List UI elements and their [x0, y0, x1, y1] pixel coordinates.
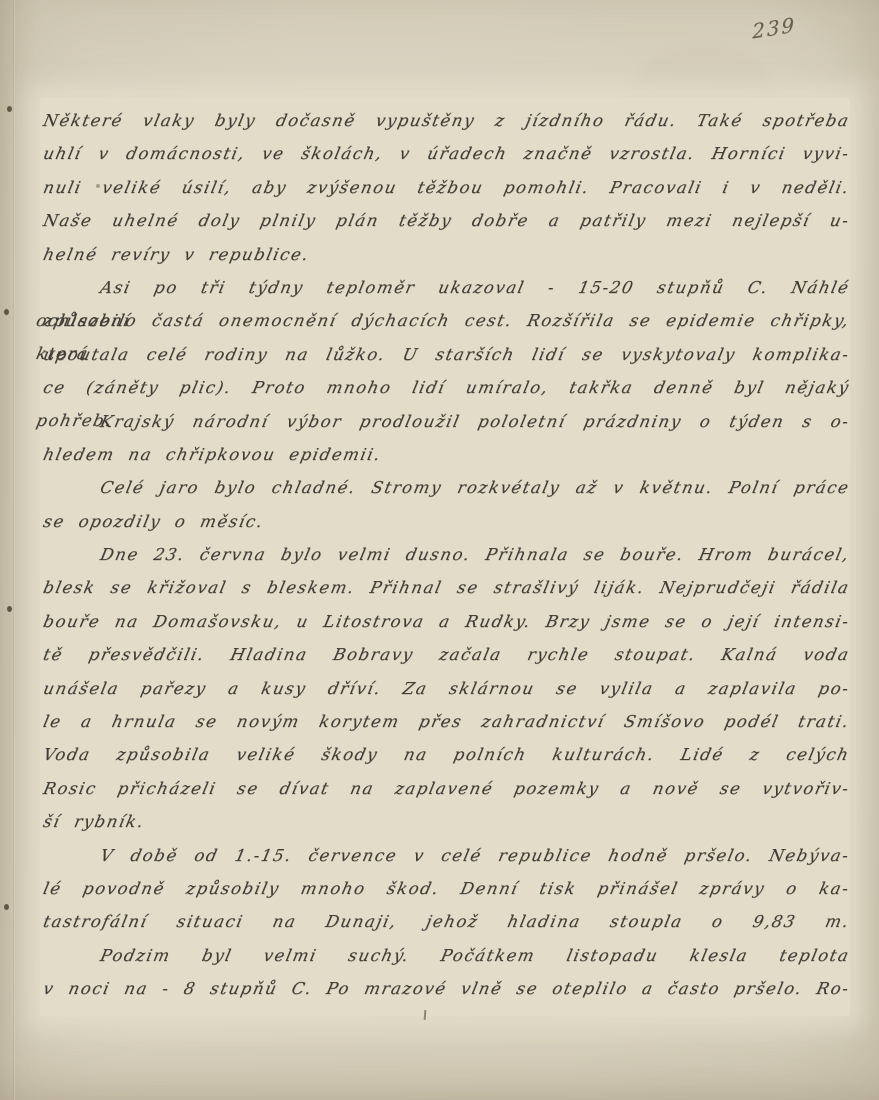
binding-speck — [4, 904, 9, 910]
handwritten-line: se opozdily o měsíc. — [40, 505, 853, 538]
handwritten-line: v noci na - 8 stupňů C. Po mrazové vlně … — [40, 972, 853, 1005]
handwritten-line: blesk se křižoval s bleskem. Přihnal se … — [40, 571, 853, 604]
paragraph: Krajský národní výbor prodloužil pololet… — [40, 405, 846, 472]
handwritten-line: ší rybník. — [40, 805, 853, 838]
paragraph: Dne 23. června bylo velmi dusno. Přihnal… — [40, 538, 846, 839]
paragraph: V době od 1.-15. července v celé republi… — [40, 839, 846, 939]
handwritten-line: hledem na chřipkovou epidemii. — [40, 438, 853, 471]
handwritten-text-block: Některé vlaky byly dočasně vypuštěny z j… — [40, 104, 846, 1006]
handwritten-line: Dne 23. června bylo velmi dusno. Přihnal… — [40, 538, 853, 571]
page-fold-line — [13, 0, 15, 1100]
handwritten-line: Naše uhelné doly plnily plán těžby dobře… — [40, 204, 853, 237]
corner-shade — [759, 0, 879, 80]
handwritten-line: Podzim byl velmi suchý. Počátkem listopa… — [40, 939, 853, 972]
handwritten-line: ce (záněty plic). Proto mnoho lidí umíra… — [40, 371, 853, 404]
handwritten-line: Některé vlaky byly dočasně vypuštěny z j… — [40, 104, 853, 137]
binding-speck — [4, 309, 9, 315]
paragraph: Asi po tři týdny teploměr ukazoval - 15-… — [40, 271, 846, 405]
binding-speck — [7, 606, 12, 612]
handwritten-line: uhlí v domácnosti, ve školách, v úřadech… — [40, 137, 853, 170]
handwritten-line: bouře na Domašovsku, u Litostrova a Rudk… — [40, 605, 853, 638]
paragraph: Podzim byl velmi suchý. Počátkem listopa… — [40, 939, 846, 1006]
handwritten-line: Rosic přicházeli se dívat na zaplavené p… — [40, 772, 853, 805]
paragraph: Celé jaro bylo chladné. Stromy rozkvétal… — [40, 471, 846, 538]
handwritten-line: tě přesvědčili. Hladina Bobravy začala r… — [40, 638, 853, 671]
handwritten-line: helné revíry v republice. — [40, 238, 853, 271]
handwritten-line: Voda způsobila veliké škody na polních k… — [40, 738, 853, 771]
paper-fleck — [96, 184, 100, 188]
handwritten-line: způsobilo častá onemocnění dýchacích ces… — [40, 304, 853, 337]
scanned-page: 239 Některé vlaky byly dočasně vypuštěny… — [0, 0, 879, 1100]
handwritten-line: Asi po tři týdny teploměr ukazoval - 15-… — [40, 271, 853, 304]
handwritten-line: V době od 1.-15. července v celé republi… — [40, 839, 853, 872]
handwritten-line: lé povodně způsobily mnoho škod. Denní t… — [40, 872, 853, 905]
paragraph: Některé vlaky byly dočasně vypuštěny z j… — [40, 104, 846, 271]
handwritten-line: unášela pařezy a kusy dříví. Za sklárnou… — [40, 672, 853, 705]
handwritten-line: tastrofální situaci na Dunaji, jehož hla… — [40, 905, 853, 938]
handwritten-line: Krajský národní výbor prodloužil pololet… — [40, 405, 853, 438]
handwritten-line: Celé jaro bylo chladné. Stromy rozkvétal… — [40, 471, 853, 504]
handwritten-line: nuli veliké úsilí, aby zvýšenou těžbou p… — [40, 171, 853, 204]
handwritten-line: le a hrnula se novým korytem přes zahrad… — [40, 705, 853, 738]
binding-speck — [7, 106, 12, 112]
handwritten-line: upoutala celé rodiny na lůžko. U staršíc… — [40, 338, 853, 371]
